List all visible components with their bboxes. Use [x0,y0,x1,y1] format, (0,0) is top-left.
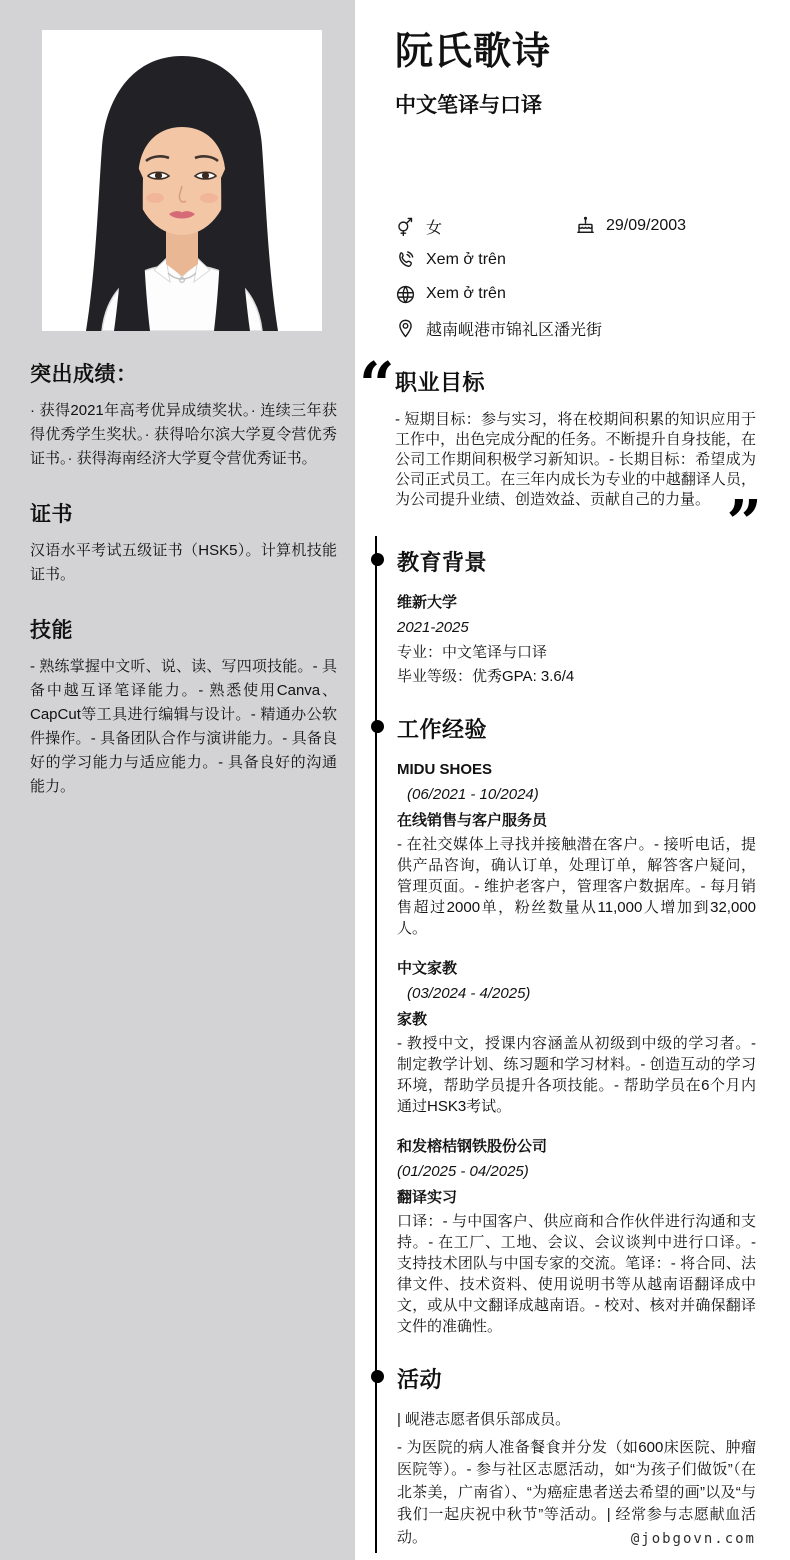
education-grade: 毕业等级：优秀GPA: 3.6/4 [397,666,756,687]
education-major: 专业：中文笔译与口译 [397,642,756,663]
job-entry: MIDU SHOES (06/2021 - 10/2024) 在线销售与客户服务… [397,759,756,939]
gender-item: 女 [395,215,575,238]
education-school: 维新大学 [397,592,756,613]
address-item: 越南岘港市锦礼区潘光街 [395,317,602,340]
phone-icon [395,250,416,271]
phone-item: Xem ở trên [395,250,506,271]
sidebar-section-skills: 技能 - 熟练掌握中文听、说、读、写四项技能。- 具备中越互译笔译能力。- 熟悉… [30,614,337,799]
watermark: @jobgovn.com [631,1531,756,1547]
section-activities: 活动 | 岘港志愿者俱乐部成员。 - 为医院的病人准备餐食并分发（如600床医院… [397,1363,756,1550]
profile-photo [42,30,322,331]
job-description: - 教授中文，授课内容涵盖从初级到中级的学习者。- 制定教学计划、练习题和学习材… [397,1033,756,1117]
job-role: 家教 [397,1009,756,1030]
birthday-cake-icon [575,216,596,237]
contact-row-address: 越南岘港市锦礼区潘光街 [395,317,756,340]
timeline: 教育背景 维新大学 2021-2025 专业：中文笔译与口译 毕业等级：优秀GP… [375,536,756,1554]
job-company: 中文家教 [397,958,756,979]
job-period: (01/2025 - 04/2025) [397,1161,756,1182]
sidebar-section-certificates: 证书 汉语水平考试五级证书（HSK5）。计算机技能证书。 [30,498,337,587]
skills-body: - 熟练掌握中文听、说、读、写四项技能。- 具备中越互译笔译能力。- 熟悉使用C… [30,655,337,799]
job-company: 和发榕桔钢铁股份公司 [397,1136,756,1157]
phone-value: Xem ở trên [426,251,506,269]
contact-row-website: Xem ở trên [395,283,756,306]
objective-body: - 短期目标：参与实习，将在校期间积累的知识应用于工作中，出色完成分配的任务。不… [395,410,756,510]
job-period: (06/2021 - 10/2024) [397,784,756,805]
activities-title: 活动 [397,1363,756,1394]
achievements-title: 突出成绩： [30,358,337,388]
sidebar-section-achievements: 突出成绩： · 获得2021年高考优异成绩奖状。· 连续三年获得优秀学生奖状。·… [30,358,337,471]
birthday-value: 29/09/2003 [606,217,686,235]
contact-row-phone: Xem ở trên [395,249,756,272]
certificates-body: 汉语水平考试五级证书（HSK5）。计算机技能证书。 [30,539,337,587]
contact-info: 女 29/09/2003 [395,215,756,340]
job-role: 翻译实习 [397,1187,756,1208]
open-quote-icon: “ [359,354,395,416]
gender-icon [395,216,416,237]
website-value: Xem ở trên [426,285,506,303]
section-objective: “ 职业目标 - 短期目标：参与实习，将在校期间积累的知识应用于工作中，出色完成… [395,366,756,510]
applicant-job-title: 中文笔译与口译 [395,89,756,119]
birthday-item: 29/09/2003 [575,216,686,237]
education-period: 2021-2025 [397,617,756,638]
objective-title: 职业目标 [395,366,756,397]
close-quote-icon: ” [726,492,762,554]
job-role: 在线销售与客户服务员 [397,810,756,831]
sidebar: 突出成绩： · 获得2021年高考优异成绩奖状。· 连续三年获得优秀学生奖状。·… [0,0,355,1560]
experience-title: 工作经验 [397,713,756,744]
section-experience: 工作经验 MIDU SHOES (06/2021 - 10/2024) 在线销售… [397,713,756,1337]
applicant-name: 阮氏歌诗 [395,30,756,76]
education-title: 教育背景 [397,546,756,577]
location-pin-icon [395,318,416,339]
section-education: 教育背景 维新大学 2021-2025 专业：中文笔译与口译 毕业等级：优秀GP… [397,546,756,687]
job-period: (03/2024 - 4/2025) [397,983,756,1004]
skills-title: 技能 [30,614,337,644]
certificates-title: 证书 [30,498,337,528]
resume-page: 突出成绩： · 获得2021年高考优异成绩奖状。· 连续三年获得优秀学生奖状。·… [0,0,790,1560]
job-description: - 在社交媒体上寻找并接触潜在客户。- 接听电话，提供产品咨询，确认订单，处理订… [397,834,756,939]
address-value: 越南岘港市锦礼区潘光街 [426,317,602,340]
contact-row-1: 女 29/09/2003 [395,215,756,238]
job-company: MIDU SHOES [397,759,756,780]
main-column: 阮氏歌诗 中文笔译与口译 女 [355,0,790,1560]
achievements-body: · 获得2021年高考优异成绩奖状。· 连续三年获得优秀学生奖状。· 获得哈尔滨… [30,399,337,471]
globe-icon [395,284,416,305]
portrait-illustration [42,30,322,331]
website-item: Xem ở trên [395,284,506,305]
job-entry: 中文家教 (03/2024 - 4/2025) 家教 - 教授中文，授课内容涵盖… [397,958,756,1117]
gender-value: 女 [426,215,442,238]
activities-membership: | 岘港志愿者俱乐部成员。 [397,1409,756,1430]
job-description: 口译：- 与中国客户、供应商和合作伙伴进行沟通和支持。- 在工厂、工地、会议、会… [397,1211,756,1337]
job-entry: 和发榕桔钢铁股份公司 (01/2025 - 04/2025) 翻译实习 口译：-… [397,1136,756,1337]
